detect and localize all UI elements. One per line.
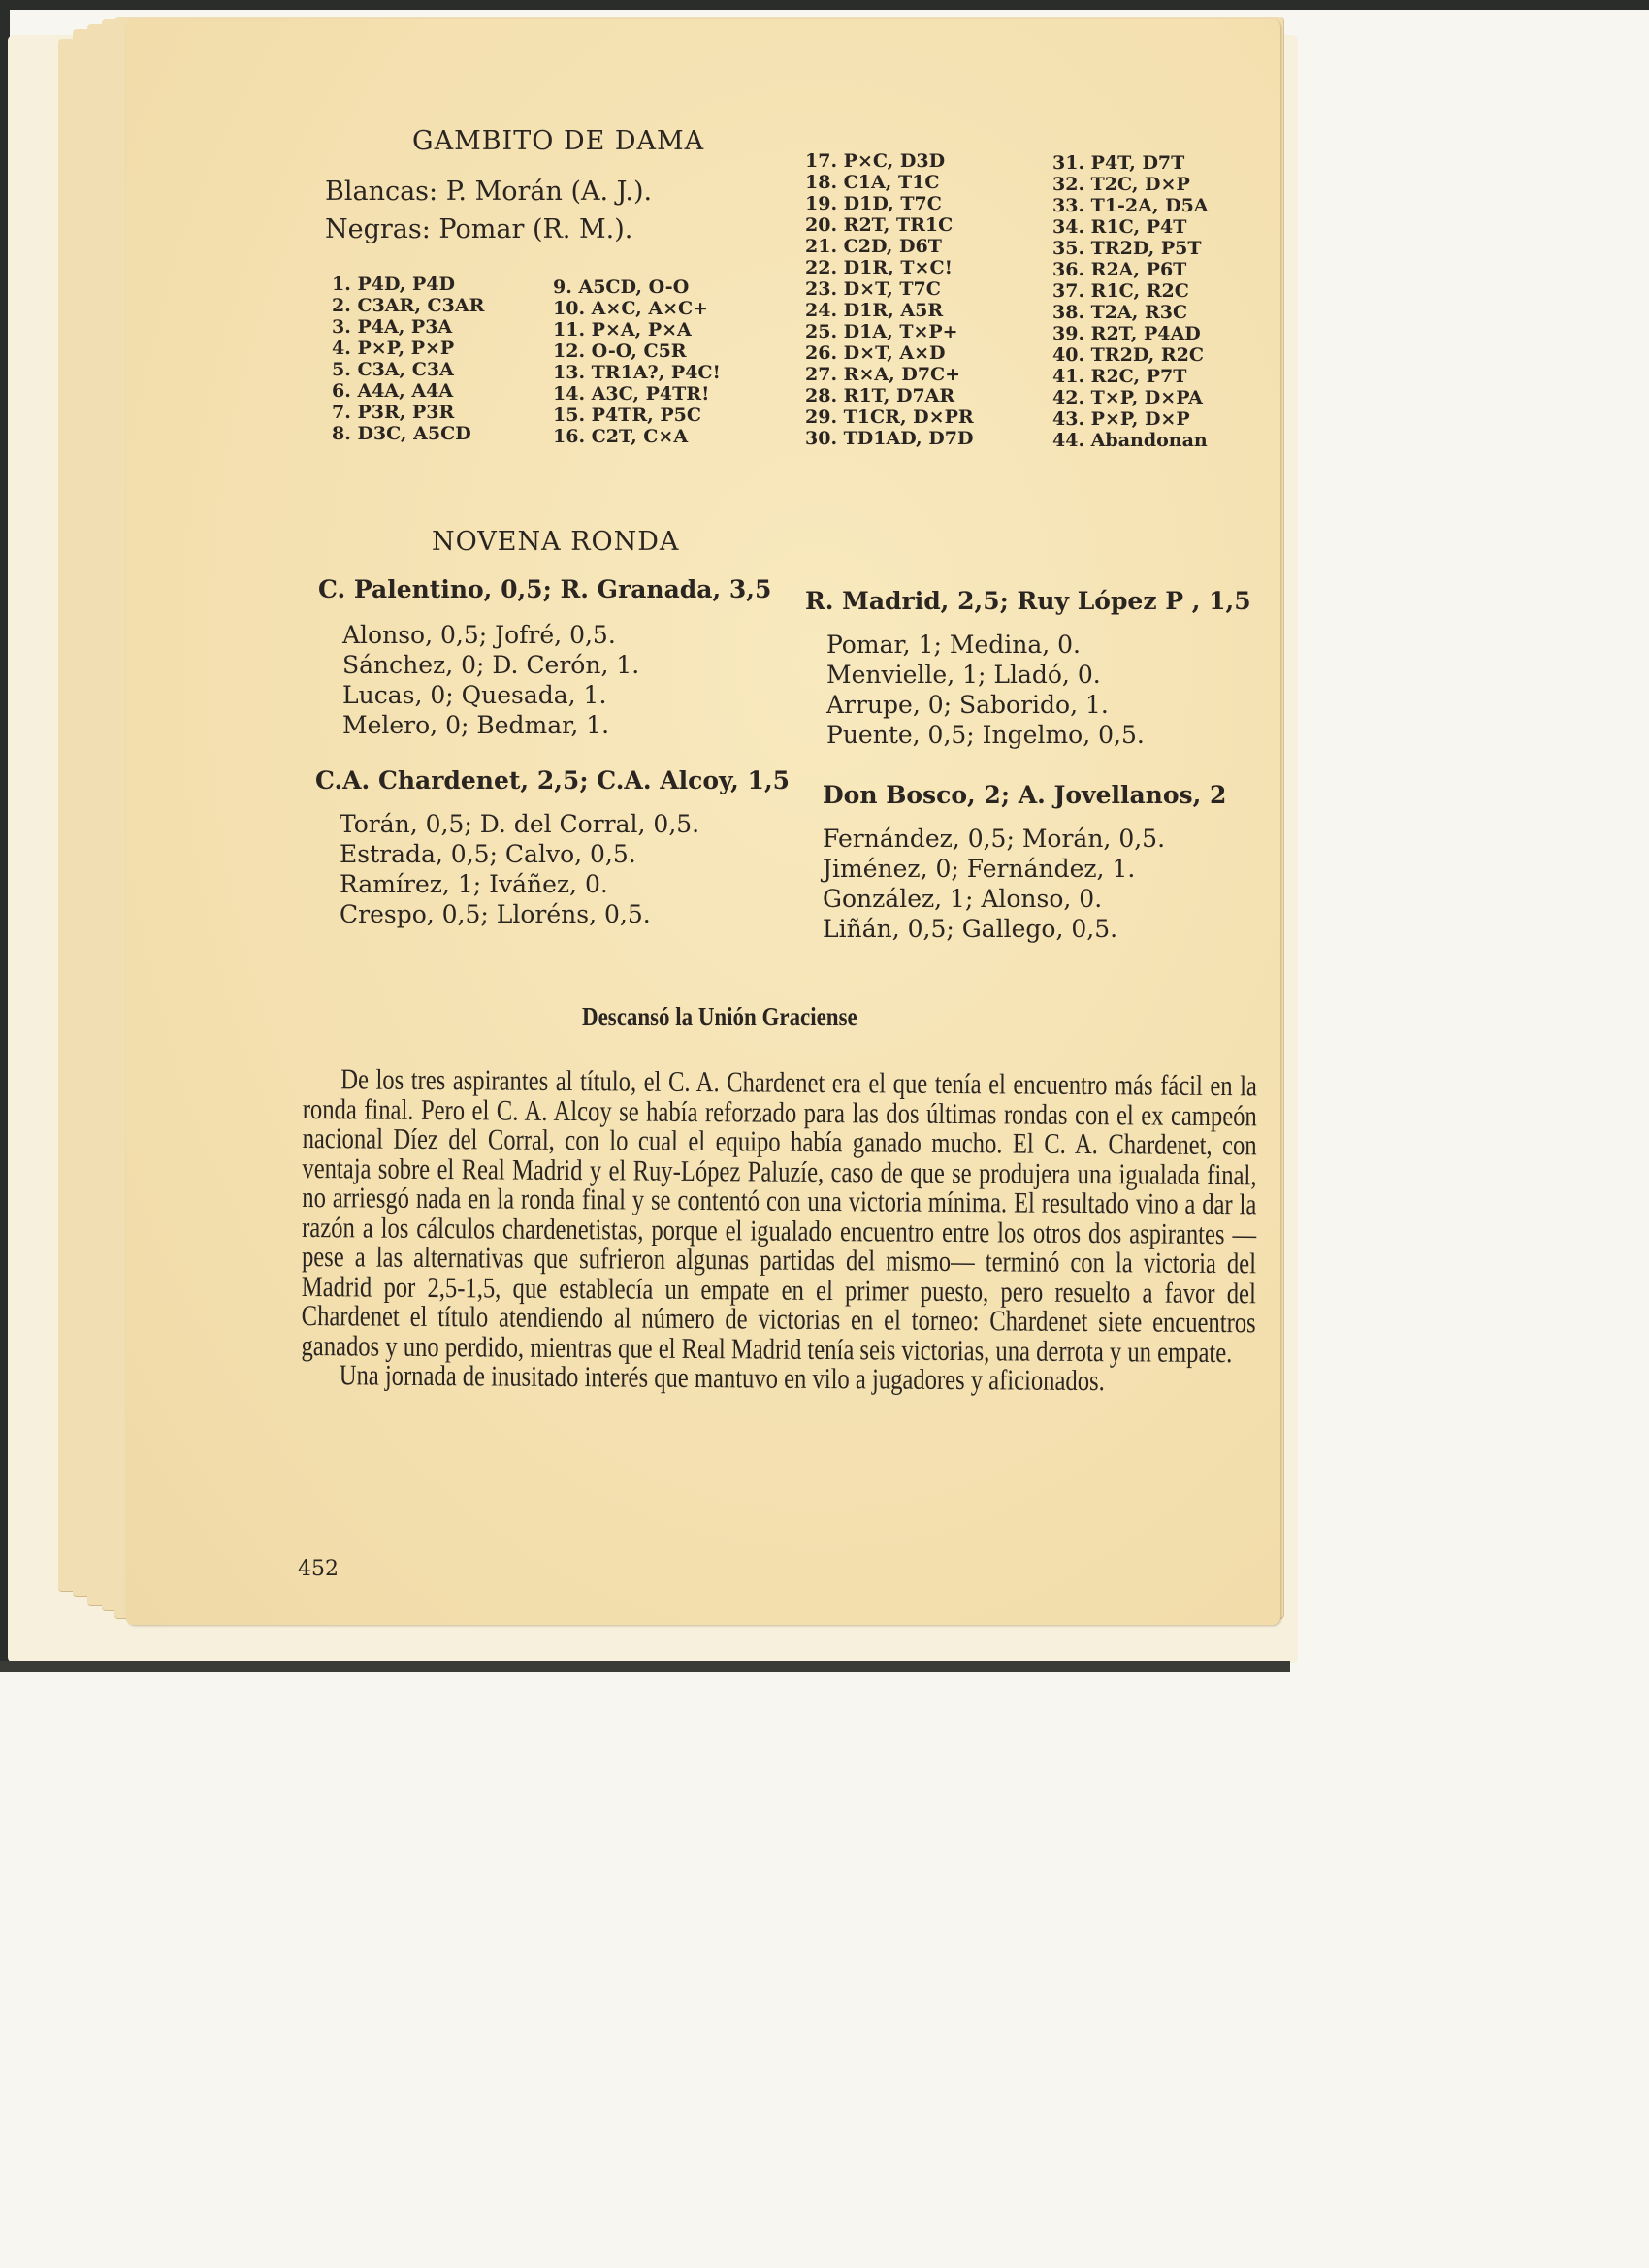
result-line: Jiménez, 0; Fernández, 1. bbox=[823, 854, 1226, 884]
move-line: 2. C3AR, C3AR bbox=[332, 295, 484, 316]
move-line: 1. P4D, P4D bbox=[332, 274, 484, 295]
move-line: 16. C2T, C×A bbox=[553, 426, 721, 447]
move-line: 39. R2T, P4AD bbox=[1052, 323, 1209, 344]
move-line: 6. A4A, A4A bbox=[332, 380, 484, 402]
match-block: Don Bosco, 2; A. Jovellanos, 2 Fernández… bbox=[823, 781, 1226, 944]
result-line: Pomar, 1; Medina, 0. bbox=[826, 630, 1251, 660]
match-header: R. Madrid, 2,5; Ruy López P , 1,5 bbox=[805, 587, 1251, 615]
result-line: Torán, 0,5; D. del Corral, 0,5. bbox=[339, 809, 790, 839]
move-line: 29. T1CR, D×PR bbox=[805, 406, 974, 428]
round-title: NOVENA RONDA bbox=[432, 527, 679, 557]
move-line: 32. T2C, D×P bbox=[1052, 174, 1209, 195]
result-line: Lucas, 0; Quesada, 1. bbox=[342, 680, 771, 710]
move-line: 19. D1D, T7C bbox=[805, 193, 974, 214]
result-line: Menvielle, 1; Lladó, 0. bbox=[826, 660, 1251, 690]
article-heading: Descansó la Unión Graciense bbox=[582, 1002, 857, 1032]
match-block: R. Madrid, 2,5; Ruy López P , 1,5 Pomar,… bbox=[805, 587, 1251, 750]
move-line: 34. R1C, P4T bbox=[1052, 216, 1209, 238]
move-line: 10. A×C, A×C+ bbox=[553, 298, 721, 319]
move-line: 17. P×C, D3D bbox=[805, 150, 974, 172]
move-line: 20. R2T, TR1C bbox=[805, 214, 974, 236]
match-results: Pomar, 1; Medina, 0.Menvielle, 1; Lladó,… bbox=[826, 630, 1251, 750]
game-players: Blancas: P. Morán (A. J.). Negras: Pomar… bbox=[325, 173, 652, 248]
move-line: 26. D×T, A×D bbox=[805, 342, 974, 364]
result-line: Estrada, 0,5; Calvo, 0,5. bbox=[339, 839, 790, 869]
move-line: 43. P×P, D×P bbox=[1052, 408, 1209, 430]
white-player: Blancas: P. Morán (A. J.). bbox=[325, 173, 652, 211]
match-header: C. Palentino, 0,5; R. Granada, 3,5 bbox=[318, 575, 771, 603]
move-line: 25. D1A, T×P+ bbox=[805, 321, 974, 342]
move-line: 28. R1T, D7AR bbox=[805, 385, 974, 406]
move-line: 27. R×A, D7C+ bbox=[805, 364, 974, 385]
result-line: Ramírez, 1; Iváñez, 0. bbox=[339, 869, 790, 899]
article-body: De los tres aspirantes al título, el C. … bbox=[301, 1065, 1257, 1398]
moves-column-1: 1. P4D, P4D2. C3AR, C3AR3. P4A, P3A4. P×… bbox=[332, 274, 484, 444]
move-line: 42. T×P, D×PA bbox=[1052, 387, 1209, 408]
moves-column-2: 9. A5CD, O-O10. A×C, A×C+11. P×A, P×A12.… bbox=[553, 276, 721, 447]
move-line: 40. TR2D, R2C bbox=[1052, 344, 1209, 366]
move-line: 24. D1R, A5R bbox=[805, 300, 974, 321]
move-line: 21. C2D, D6T bbox=[805, 236, 974, 257]
move-line: 8. D3C, A5CD bbox=[332, 423, 484, 444]
black-player: Negras: Pomar (R. M.). bbox=[325, 211, 652, 248]
move-line: 22. D1R, T×C! bbox=[805, 257, 974, 278]
move-line: 30. TD1AD, D7D bbox=[805, 428, 974, 449]
move-line: 9. A5CD, O-O bbox=[553, 276, 721, 298]
move-line: 44. Abandonan bbox=[1052, 430, 1209, 451]
move-line: 35. TR2D, P5T bbox=[1052, 238, 1209, 259]
move-line: 41. R2C, P7T bbox=[1052, 366, 1209, 387]
game-title: GAMBITO DE DAMA bbox=[412, 126, 704, 156]
move-line: 7. P3R, P3R bbox=[332, 402, 484, 423]
move-line: 37. R1C, R2C bbox=[1052, 280, 1209, 302]
match-header: Don Bosco, 2; A. Jovellanos, 2 bbox=[823, 781, 1226, 809]
result-line: Arrupe, 0; Saborido, 1. bbox=[826, 690, 1251, 720]
magazine-page: GAMBITO DE DAMA Blancas: P. Morán (A. J.… bbox=[126, 19, 1280, 1625]
move-line: 36. R2A, P6T bbox=[1052, 259, 1209, 280]
move-line: 13. TR1A?, P4C! bbox=[553, 362, 721, 383]
match-block: C. Palentino, 0,5; R. Granada, 3,5 Alons… bbox=[318, 575, 771, 740]
move-line: 31. P4T, D7T bbox=[1052, 152, 1209, 174]
moves-column-3: 17. P×C, D3D18. C1A, T1C19. D1D, T7C20. … bbox=[805, 150, 974, 449]
result-line: Puente, 0,5; Ingelmo, 0,5. bbox=[826, 720, 1251, 750]
move-line: 33. T1-2A, D5A bbox=[1052, 195, 1209, 216]
match-block: C.A. Chardenet, 2,5; C.A. Alcoy, 1,5 Tor… bbox=[315, 766, 790, 929]
move-line: 11. P×A, P×A bbox=[553, 319, 721, 340]
result-line: Alonso, 0,5; Jofré, 0,5. bbox=[342, 620, 771, 650]
move-line: 3. P4A, P3A bbox=[332, 316, 484, 338]
result-line: Melero, 0; Bedmar, 1. bbox=[342, 710, 771, 740]
page-number: 452 bbox=[298, 1557, 339, 1581]
move-line: 15. P4TR, P5C bbox=[553, 405, 721, 426]
match-results: Torán, 0,5; D. del Corral, 0,5.Estrada, … bbox=[339, 809, 790, 929]
result-line: González, 1; Alonso, 0. bbox=[823, 884, 1226, 914]
move-line: 14. A3C, P4TR! bbox=[553, 383, 721, 405]
match-results: Alonso, 0,5; Jofré, 0,5.Sánchez, 0; D. C… bbox=[342, 620, 771, 740]
move-line: 38. T2A, R3C bbox=[1052, 302, 1209, 323]
move-line: 5. C3A, C3A bbox=[332, 359, 484, 380]
match-header: C.A. Chardenet, 2,5; C.A. Alcoy, 1,5 bbox=[315, 766, 790, 794]
moves-column-4: 31. P4T, D7T32. T2C, D×P33. T1-2A, D5A34… bbox=[1052, 152, 1209, 451]
move-line: 12. O-O, C5R bbox=[553, 340, 721, 362]
result-line: Liñán, 0,5; Gallego, 0,5. bbox=[823, 914, 1226, 944]
result-line: Crespo, 0,5; Lloréns, 0,5. bbox=[339, 899, 790, 929]
scanner-edge-top bbox=[0, 0, 1649, 10]
move-line: 23. D×T, T7C bbox=[805, 278, 974, 300]
match-results: Fernández, 0,5; Morán, 0,5.Jiménez, 0; F… bbox=[823, 824, 1226, 944]
result-line: Fernández, 0,5; Morán, 0,5. bbox=[823, 824, 1226, 854]
scanner-edge-bottom bbox=[0, 1661, 1290, 1672]
move-line: 18. C1A, T1C bbox=[805, 172, 974, 193]
move-line: 4. P×P, P×P bbox=[332, 338, 484, 359]
result-line: Sánchez, 0; D. Cerón, 1. bbox=[342, 650, 771, 680]
article-paragraph: De los tres aspirantes al título, el C. … bbox=[301, 1065, 1257, 1368]
